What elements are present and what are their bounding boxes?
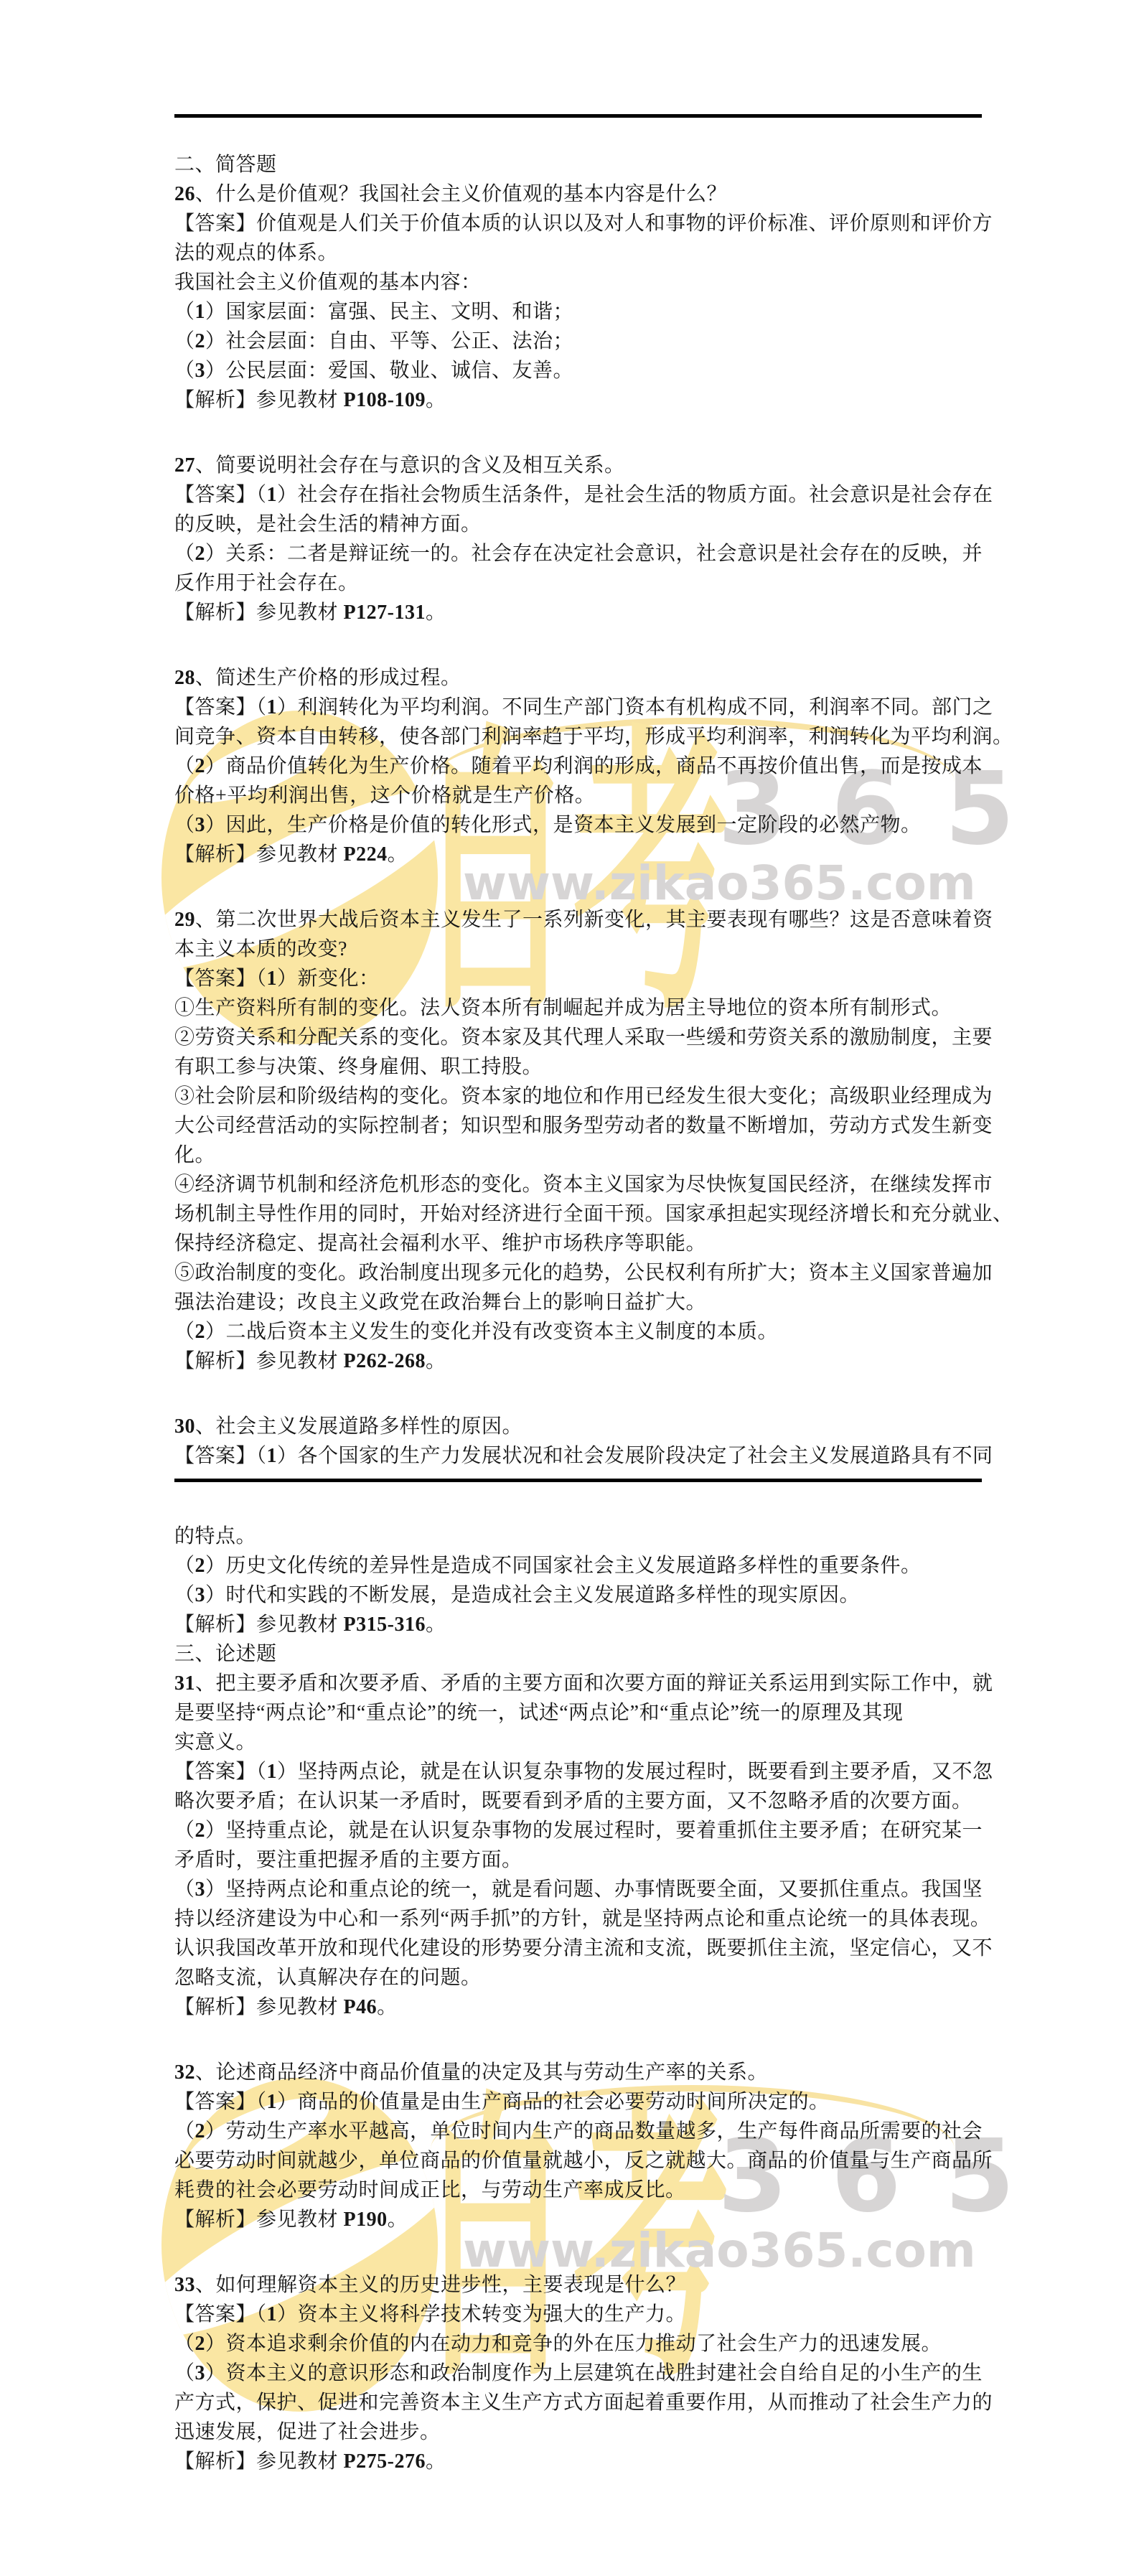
text-line: 三、论述题 <box>174 1639 982 1669</box>
text-line: （1）国家层面：富强、民主、文明、和谐； <box>174 297 982 327</box>
text-line: 大公司经营活动的实际控制者；知识型和服务型劳动者的数量不断增加，劳动方式发生新变 <box>174 1111 982 1141</box>
text-line: 【解析】参见教材 P275-276。 <box>174 2447 982 2476</box>
text-line: 26、什么是价值观？我国社会主义价值观的基本内容是什么？ <box>174 179 982 209</box>
text-line: 略次要矛盾；在认识某一矛盾时，既要看到矛盾的主要方面，又不忽略矛盾的次要方面。 <box>174 1786 982 1816</box>
text-line: ⑤政治制度的变化。政治制度出现多元化的趋势，公民权利有所扩大；资本主义国家普遍加 <box>174 1258 982 1288</box>
text-line: 持以经济建设为中心和一系列“两手抓”的方针，就是坚持两点论和重点论统一的具体表现… <box>174 1904 982 1934</box>
text-line: 【解析】参见教材 P46。 <box>174 1992 982 2022</box>
text-line: 【答案】（1）坚持两点论，就是在认识复杂事物的发展过程时，既要看到主要矛盾，又不… <box>174 1757 982 1786</box>
text-line: ①生产资料所有制的变化。法人资本所有制崛起并成为居主导地位的资本所有制形式。 <box>174 993 982 1023</box>
text-line: （3）因此，生产价格是价值的转化形式，是资本主义发展到一定阶段的必然产物。 <box>174 810 982 840</box>
text-line: 28、简述生产价格的形成过程。 <box>174 663 982 693</box>
text-line: 【答案】（1）社会存在指社会物质生活条件，是社会生活的物质方面。社会意识是社会存… <box>174 480 982 510</box>
text-line: 33、如何理解资本主义的历史进步性，主要表现是什么？ <box>174 2270 982 2300</box>
text-line: ③社会阶层和阶级结构的变化。资本家的地位和作用已经发生很大变化；高级职业经理成为 <box>174 1082 982 1111</box>
text-line: 【解析】参见教材 P262-268。 <box>174 1346 982 1376</box>
text-line: 29、第二次世界大战后资本主义发生了一系列新变化，其主要表现有哪些？这是否意味着… <box>174 905 982 935</box>
text-line: 本主义本质的改变? <box>174 935 982 964</box>
text-line: 忽略支流，认真解决存在的问题。 <box>174 1963 982 1992</box>
page1-text-block: 二、简答题26、什么是价值观？我国社会主义价值观的基本内容是什么？【答案】价值观… <box>174 150 982 1471</box>
text-line: 间竞争、资本自由转移，使各部门利润率趋于平均，形成平均利润率，利润转化为平均利润… <box>174 722 982 751</box>
text-line: 价格+平均利润出售，这个价格就是生产价格。 <box>174 781 982 810</box>
text-line: 反作用于社会存在。 <box>174 568 982 598</box>
text-line: 的特点。 <box>174 1522 982 1551</box>
blank-line <box>174 1376 982 1412</box>
text-line: 有职工参与决策、终身雇佣、职工持股。 <box>174 1052 982 1082</box>
text-line: （2）资本追求剩余价值的内在动力和竞争的外在压力推动了社会生产力的迅速发展。 <box>174 2329 982 2359</box>
text-line: 产方式，保护、促进和完善资本主义生产方式方面起着重要作用，从而推动了社会生产力的 <box>174 2388 982 2417</box>
text-line: （3）坚持两点论和重点论的统一，就是看问题、办事情既要全面，又要抓住重点。我国坚 <box>174 1875 982 1904</box>
text-line: 【答案】（1）资本主义将科学技术转变为强大的生产力。 <box>174 2300 982 2329</box>
text-line: 场机制主导性作用的同时，开始对经济进行全面干预。国家承担起实现经济增长和充分就业… <box>174 1199 982 1229</box>
text-line: 【答案】（1）新变化： <box>174 964 982 993</box>
text-line: ④经济调节机制和经济危机形态的变化。资本主义国家为尽快恢复国民经济，在继续发挥市 <box>174 1170 982 1199</box>
text-line: 31、把主要矛盾和次要矛盾、矛盾的主要方面和次要方面的辩证关系运用到实际工作中，… <box>174 1669 982 1698</box>
text-line: 27、简要说明社会存在与意识的含义及相互关系。 <box>174 451 982 480</box>
text-line: 是要坚持“两点论”和“重点论”的统一，试述“两点论”和“重点论”统一的原理及其现 <box>174 1698 982 1728</box>
text-line: 矛盾时，要注重把握矛盾的主要方面。 <box>174 1845 982 1875</box>
blank-line <box>174 2022 982 2058</box>
top-rule <box>174 114 982 118</box>
text-line: 30、社会主义发展道路多样性的原因。 <box>174 1412 982 1441</box>
text-line: 32、论述商品经济中商品价值量的决定及其与劳动生产率的关系。 <box>174 2058 982 2087</box>
text-line: （3）时代和实践的不断发展，是造成社会主义发展道路多样性的现实原因。 <box>174 1580 982 1610</box>
text-line: 【答案】（1）各个国家的生产力发展状况和社会发展阶段决定了社会主义发展道路具有不… <box>174 1441 982 1471</box>
text-line: 【答案】（1）商品的价值量是由生产商品的社会必要劳动时间所决定的。 <box>174 2087 982 2117</box>
text-line: 法的观点的体系。 <box>174 238 982 268</box>
text-line: （2）历史文化传统的差异性是造成不同国家社会主义发展道路多样性的重要条件。 <box>174 1551 982 1580</box>
text-line: 【解析】参见教材 P190。 <box>174 2205 982 2234</box>
text-line: （2）劳动生产率水平越高，单位时间内生产的商品数量越多，生产每件商品所需要的社会 <box>174 2117 982 2146</box>
blank-line <box>174 2234 982 2270</box>
page2-text-block: 的特点。（2）历史文化传统的差异性是造成不同国家社会主义发展道路多样性的重要条件… <box>174 1522 982 2476</box>
text-line: 耗费的社会必要劳动时间成正比，与劳动生产率成反比。 <box>174 2175 982 2205</box>
text-line: 【解析】参见教材 P224。 <box>174 840 982 869</box>
text-line: （2）二战后资本主义发生的变化并没有改变资本主义制度的本质。 <box>174 1317 982 1346</box>
text-line: 【解析】参见教材 P315-316。 <box>174 1610 982 1639</box>
page-separator-rule <box>174 1479 982 1482</box>
text-line: ②劳资关系和分配关系的变化。资本家及其代理人采取一些缓和劳资关系的激励制度，主要 <box>174 1023 982 1052</box>
text-line: 【答案】价值观是人们关于价值本质的认识以及对人和事物的评价标准、评价原则和评价方 <box>174 209 982 238</box>
text-line: （2）坚持重点论，就是在认识复杂事物的发展过程时，要着重抓住主要矛盾；在研究某一 <box>174 1816 982 1845</box>
text-line: 化。 <box>174 1141 982 1170</box>
text-line: 迅速发展，促进了社会进步。 <box>174 2417 982 2447</box>
blank-line <box>174 869 982 905</box>
text-line: 【答案】（1）利润转化为平均利润。不同生产部门资本有机构成不同，利润率不同。部门… <box>174 693 982 722</box>
text-line: （2）社会层面：自由、平等、公正、法治； <box>174 327 982 356</box>
text-line: 保持经济稳定、提高社会福利水平、维护市场秩序等职能。 <box>174 1229 982 1258</box>
text-line: 【解析】参见教材 P127-131。 <box>174 598 982 627</box>
document-page: 自考 3 6 5 www.zikao365.com 自考 3 6 5 www.z… <box>0 0 1139 2576</box>
blank-line <box>174 627 982 663</box>
text-line: 强法治建设；改良主义政党在政治舞台上的影响日益扩大。 <box>174 1288 982 1317</box>
text-line: 必要劳动时间就越少，单位商品的价值量就越小，反之就越大。商品的价值量与生产商品所 <box>174 2146 982 2175</box>
text-line: 认识我国改革开放和现代化建设的形势要分清主流和支流，既要抓住主流，坚定信心，又不 <box>174 1934 982 1963</box>
text-line: （3）资本主义的意识形态和政治制度作为上层建筑在战胜封建社会自给自足的小生产的生 <box>174 2359 982 2388</box>
blank-line <box>174 415 982 451</box>
text-line: （2）关系：二者是辩证统一的。社会存在决定社会意识，社会意识是社会存在的反映，并 <box>174 539 982 568</box>
text-line: （3）公民层面：爱国、敬业、诚信、友善。 <box>174 356 982 385</box>
text-line: 二、简答题 <box>174 150 982 179</box>
text-line: 我国社会主义价值观的基本内容： <box>174 268 982 297</box>
text-line: 实意义。 <box>174 1728 982 1757</box>
text-line: 的反映，是社会生活的精神方面。 <box>174 510 982 539</box>
text-line: 【解析】参见教材 P108-109。 <box>174 385 982 415</box>
text-line: （2）商品价值转化为生产价格。随着平均利润的形成，商品不再按价值出售，而是按成本 <box>174 751 982 781</box>
